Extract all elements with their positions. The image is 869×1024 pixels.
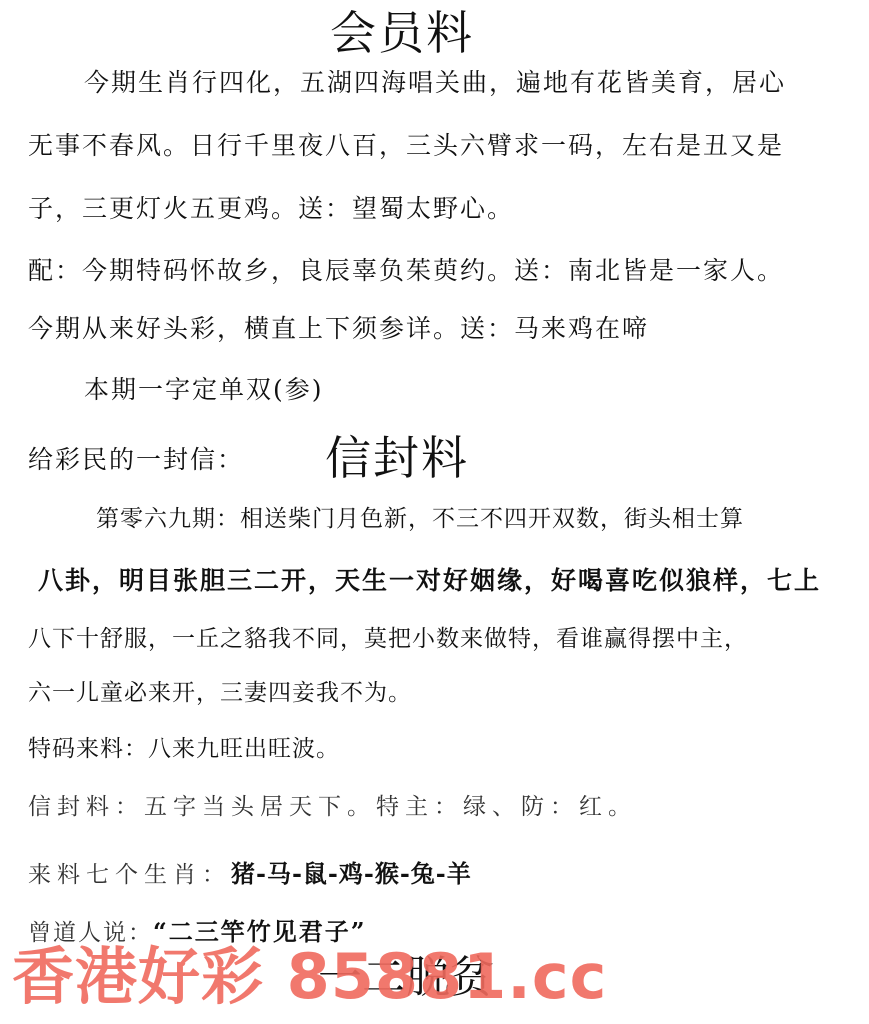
letter-line-4: 六一儿童必来开，三妻四妾我不为。: [28, 682, 412, 705]
letter-section-title: 信封料: [325, 435, 469, 481]
letter-line-3: 八下十舒服，一丘之貉我不同，莫把小数来做特，看谁赢得摆中主，: [28, 628, 748, 651]
member-line-1: 今期生肖行四化，五湖四海唱关曲，遍地有花皆美育，居心: [84, 70, 786, 95]
member-section-title: 会员料: [330, 10, 474, 56]
member-line-2: 无事不春风。日行千里夜八百，三头六臂求一码，左右是丑又是: [28, 133, 784, 158]
envelope-hint-line: 信封料：五字当头居天下。特主：绿、防：红。: [28, 796, 637, 819]
member-line-4: 配：今期特码怀故乡，良辰辜负茱萸约。送：南北皆是一家人。: [28, 258, 784, 283]
watermark: 香港好彩 85881.cc: [12, 946, 607, 1008]
single-double-hint: 本期一字定单双(参): [84, 377, 324, 402]
letter-line-2: 八卦，明目张胆三二开，天生一对好姻缘，好喝喜吃似狼样，七上: [38, 568, 821, 593]
zodiac-label: 来料七个生肖：: [28, 862, 231, 888]
letter-label: 给彩民的一封信：: [28, 447, 244, 472]
letter-line-1: 第零六九期：相送柴门月色新，不三不四开双数，街头相士算: [96, 508, 744, 531]
zodiac-line: 来料七个生肖：猪-马-鼠-鸡-猴-兔-羊: [28, 854, 472, 889]
zodiac-values: 猪-马-鼠-鸡-猴-兔-羊: [231, 859, 472, 888]
member-line-5: 今期从来好头彩，横直上下须参详。送：马来鸡在啼: [28, 316, 649, 341]
special-code-line: 特码来料：八来九旺出旺波。: [28, 738, 340, 761]
member-line-3: 子，三更灯火五更鸡。送：望蜀太野心。: [28, 196, 514, 221]
